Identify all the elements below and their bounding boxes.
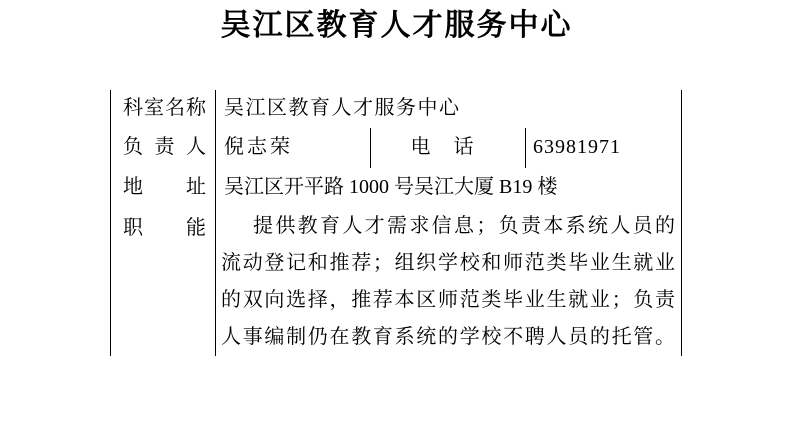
duties-label: 职能 bbox=[111, 208, 216, 356]
phone-number-value: 63981971 bbox=[526, 128, 681, 168]
manager-label: 负责人 bbox=[111, 128, 216, 168]
duties-paragraph: 提供教育人才需求信息；负责本系统人员的 流动登记和推荐；组织学校和师范类毕业生就… bbox=[216, 208, 681, 356]
manager-name-value: 倪志荣 bbox=[216, 128, 371, 168]
department-label: 科室名称 bbox=[111, 90, 216, 128]
table-row-manager: 负责人 倪志荣 电话 63981971 bbox=[111, 128, 681, 168]
page-title: 吴江区教育人才服务中心 bbox=[0, 0, 793, 44]
phone-label: 电话 bbox=[371, 128, 526, 168]
duties-line: 流动登记和推荐；组织学校和师范类毕业生就业 bbox=[221, 245, 675, 282]
department-value: 吴江区教育人才服务中心 bbox=[216, 90, 681, 128]
duties-line: 的双向选择，推荐本区师范类毕业生就业；负责 bbox=[221, 282, 675, 319]
document-page: 吴江区教育人才服务中心 科室名称 吴江区教育人才服务中心 负责人 倪志荣 电话 … bbox=[0, 0, 793, 428]
duties-line: 提供教育人才需求信息；负责本系统人员的 bbox=[221, 208, 675, 245]
table-row-duties: 职能 提供教育人才需求信息；负责本系统人员的 流动登记和推荐；组织学校和师范类毕… bbox=[111, 208, 681, 356]
table-row-department: 科室名称 吴江区教育人才服务中心 bbox=[111, 90, 681, 128]
address-label: 地址 bbox=[111, 168, 216, 208]
address-value: 吴江区开平路 1000 号吴江大厦 B19 楼 bbox=[216, 168, 681, 208]
info-table: 科室名称 吴江区教育人才服务中心 负责人 倪志荣 电话 63981971 地址 … bbox=[110, 90, 682, 356]
duties-line: 人事编制仍在教育系统的学校不聘人员的托管。 bbox=[221, 319, 675, 356]
table-row-address: 地址 吴江区开平路 1000 号吴江大厦 B19 楼 bbox=[111, 168, 681, 208]
